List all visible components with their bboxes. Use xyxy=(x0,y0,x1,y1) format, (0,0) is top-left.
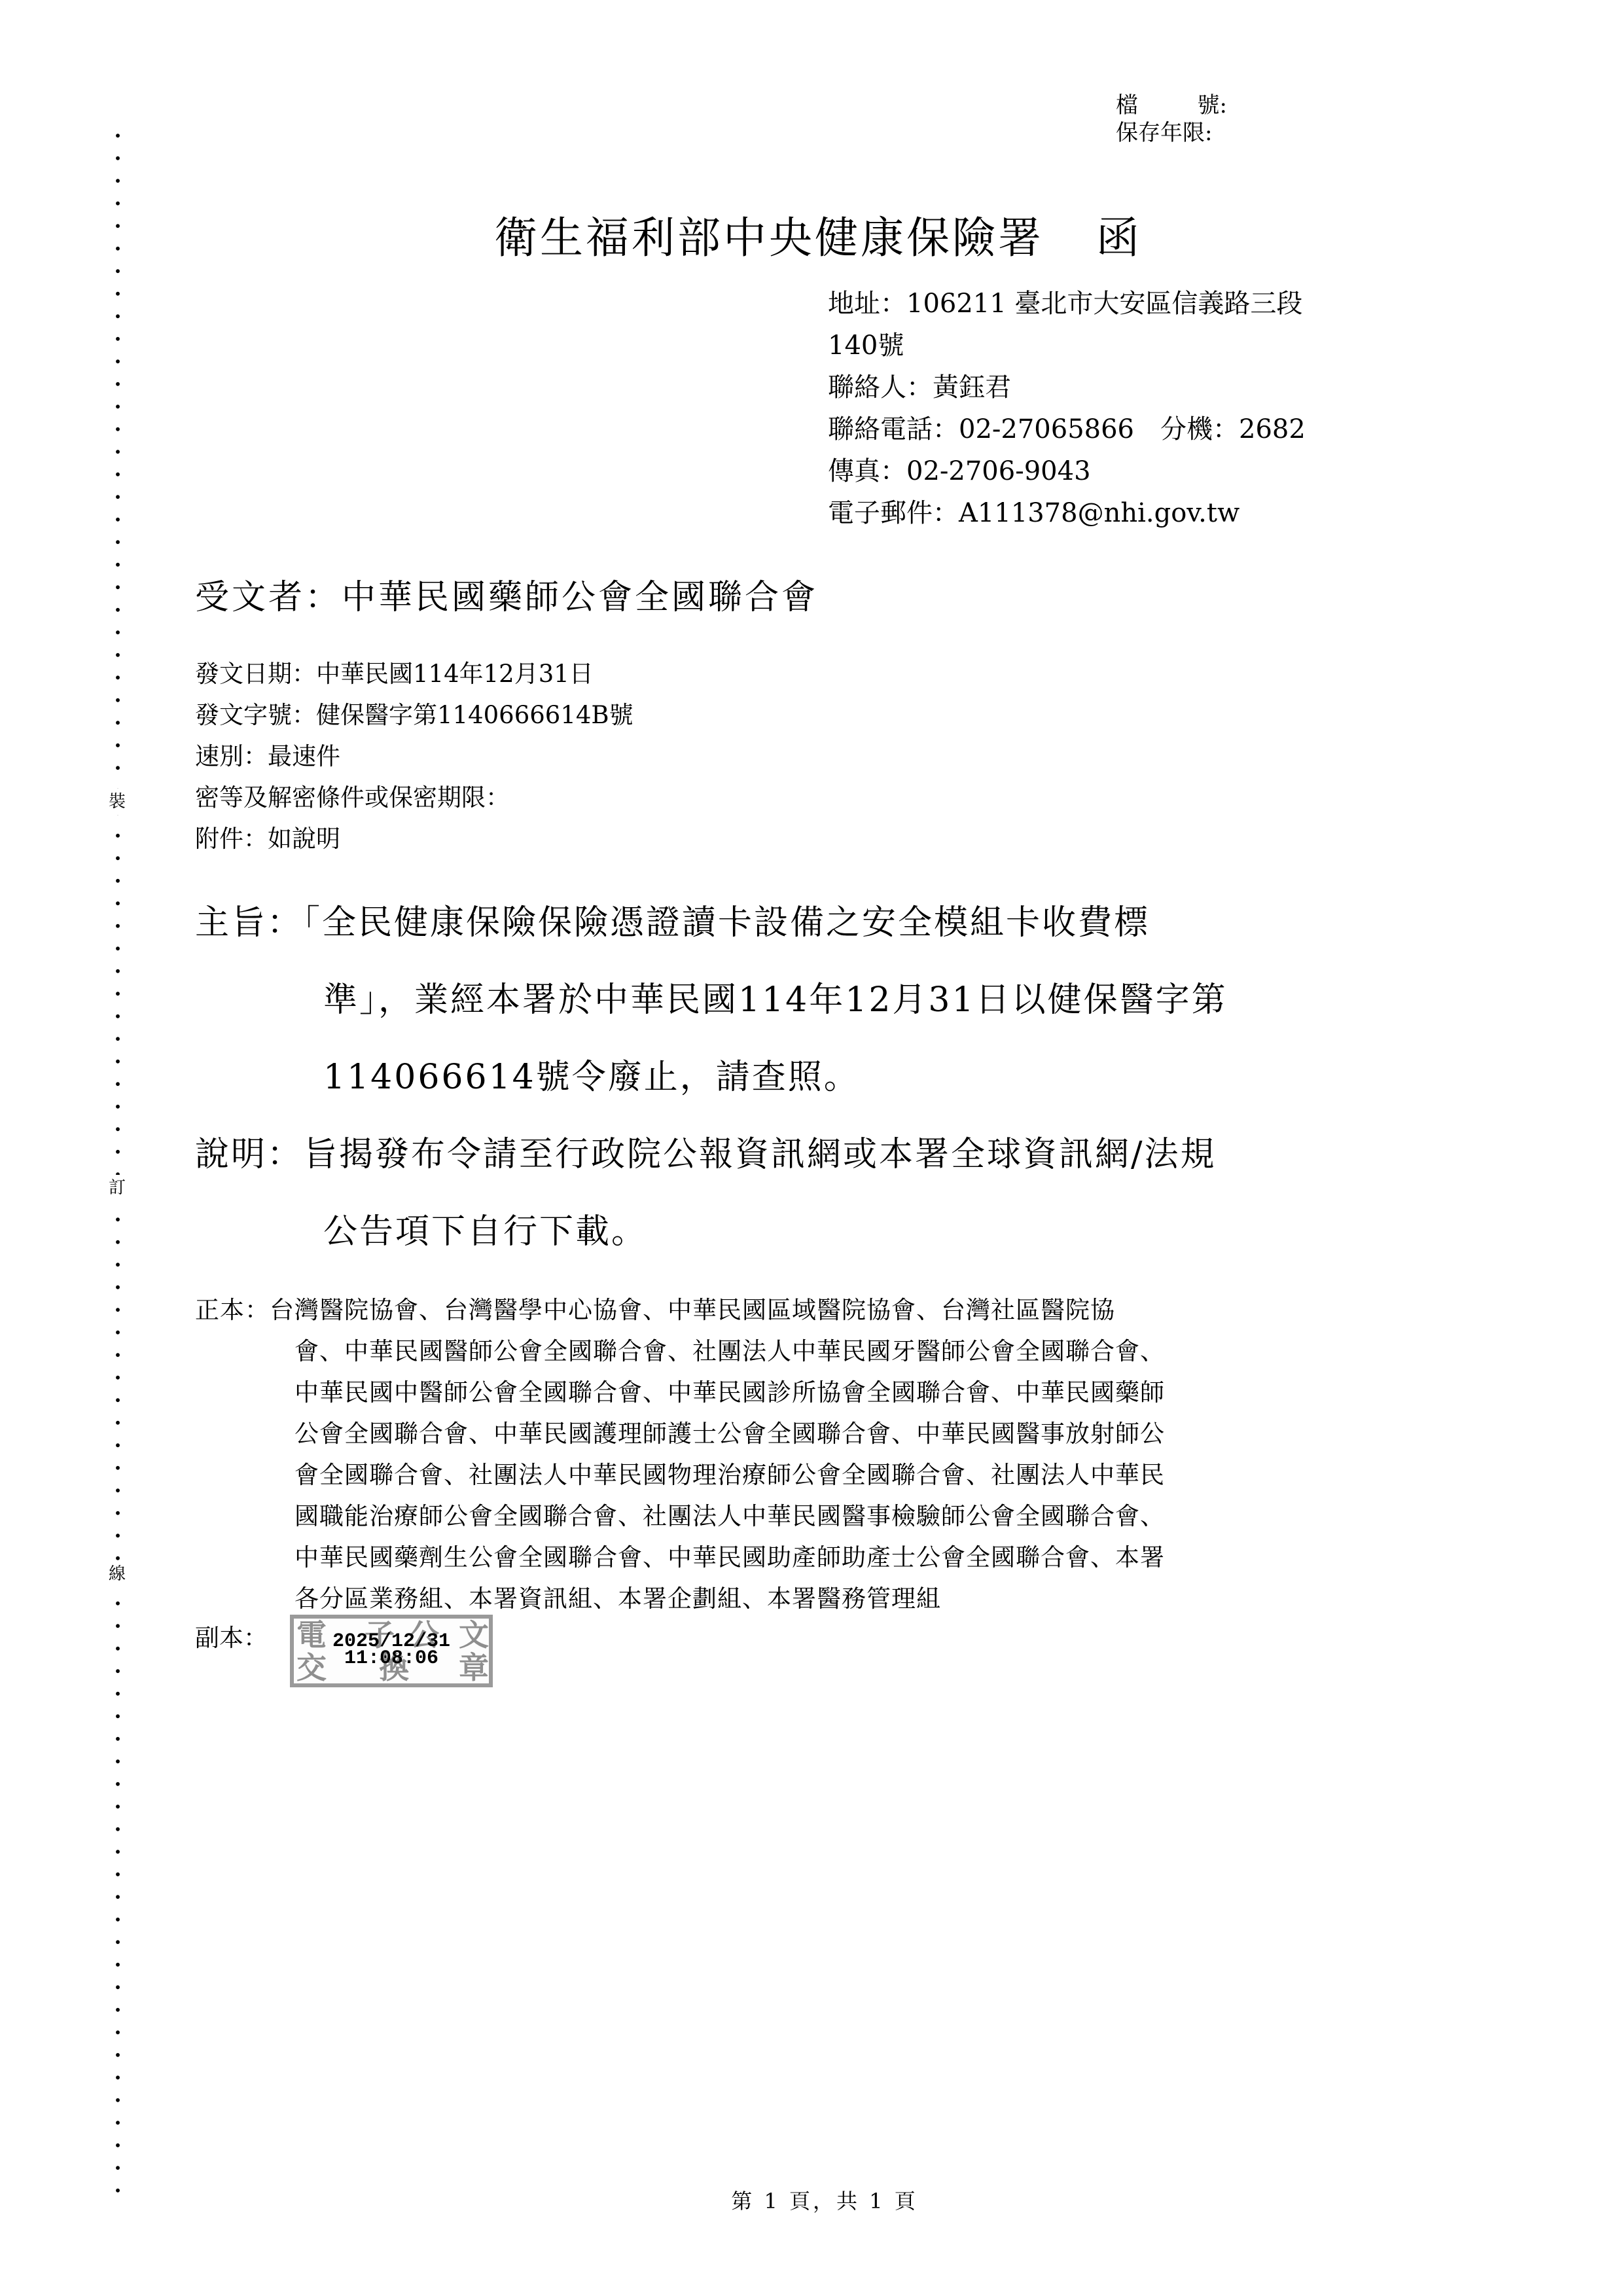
retention-row: 保存年限: xyxy=(1116,119,1227,147)
subject-line-1: 主旨：「全民健康保險保險憑證讀卡設備之安全模組卡收費標 xyxy=(195,897,1228,974)
address-line-1: 地址：106211 臺北市大安區信義路三段 xyxy=(828,283,1417,325)
binding-mark-ding: 訂 xyxy=(106,1175,128,1201)
original-line-2: 會、中華民國醫師公會全國聯合會、社團法人中華民國牙醫師公會全國聯合會、 xyxy=(195,1331,1165,1372)
subject-text-1: 「全民健康保險保險憑證讀卡設備之安全模組卡收費標 xyxy=(303,903,1150,942)
contact-fax: 傳真：02-2706-9043 xyxy=(828,450,1417,492)
binding-mark-zhuang: 裝 xyxy=(106,789,128,815)
contact-block: 地址：106211 臺北市大安區信義路三段 140號 聯絡人：黃鈺君 聯絡電話：… xyxy=(828,283,1417,534)
original-line-7: 中華民國藥劑生公會全國聯合會、中華民國助產師助產士公會全國聯合會、本署 xyxy=(195,1537,1165,1578)
distribution-original: 正本：台灣醫院協會、台灣醫學中心協會、中華民國區域醫院協會、台灣社區醫院協 會、… xyxy=(195,1289,1165,1619)
subject-label: 主旨： xyxy=(195,903,303,942)
e-document-exchange-stamp: 電 子 公 文 交 換 章 2025/12/31 11:08:06 xyxy=(290,1615,493,1687)
classification: 密等及解密條件或保密期限： xyxy=(195,777,633,818)
document-title: 衛生福利部中央健康保險署 函 xyxy=(0,203,1623,265)
binding-mark-xian: 線 xyxy=(106,1561,128,1587)
recipient-line: 受文者：中華民國藥師公會全國聯合會 xyxy=(195,569,818,619)
file-number-row: 檔 號: xyxy=(1116,92,1227,119)
file-number-label-right: 號: xyxy=(1198,92,1227,119)
agency-name: 衛生福利部中央健康保險署 xyxy=(494,213,1044,263)
original-line-6: 國職能治療師公會全國聯合會、社團法人中華民國醫事檢驗師公會全國聯合會、 xyxy=(195,1496,1165,1537)
page-number-footer: 第 1 頁，共 1 頁 xyxy=(0,2185,1623,2215)
retention-label: 保存年限: xyxy=(1116,119,1212,147)
explanation-section: 說明：旨揭發布令請至行政院公報資訊網或本署全球資訊網/法規 公告項下自行下載。 xyxy=(195,1128,1217,1283)
explanation-line-1: 說明：旨揭發布令請至行政院公報資訊網或本署全球資訊網/法規 xyxy=(195,1128,1217,1206)
contact-email[interactable]: 電子郵件：A111378@nhi.gov.tw xyxy=(828,492,1417,534)
recipient-label: 受文者： xyxy=(195,578,342,617)
document-type: 函 xyxy=(1096,213,1142,263)
subject-line-3: 114066614號令廢止，請查照。 xyxy=(195,1051,1228,1128)
copy-label: 副本： xyxy=(195,1618,268,1653)
original-line-4: 公會全國聯合會、中華民國護理師護士公會全國聯合會、中華民國醫事放射師公 xyxy=(195,1413,1165,1454)
file-number-label-left: 檔 xyxy=(1116,92,1138,119)
document-meta: 發文日期：中華民國114年12月31日 發文字號：健保醫字第1140666614… xyxy=(195,653,633,859)
file-number-label: 檔 號: xyxy=(1116,92,1227,119)
subject-section: 主旨：「全民健康保險保險憑證讀卡設備之安全模組卡收費標 準」，業經本署於中華民國… xyxy=(195,897,1228,1128)
original-line-1: 正本：台灣醫院協會、台灣醫學中心協會、中華民國區域醫院協會、台灣社區醫院協 xyxy=(195,1289,1165,1331)
issue-number: 發文字號：健保醫字第1140666614B號 xyxy=(195,694,633,736)
issue-date: 發文日期：中華民國114年12月31日 xyxy=(195,653,633,694)
subject-line-2: 準」，業經本署於中華民國114年12月31日以健保醫字第 xyxy=(195,974,1228,1051)
contact-person: 聯絡人：黃鈺君 xyxy=(828,367,1417,408)
binding-dotted-line xyxy=(111,124,124,2199)
explanation-label: 說明： xyxy=(195,1135,303,1174)
explanation-text-1: 旨揭發布令請至行政院公報資訊網或本署全球資訊網/法規 xyxy=(303,1135,1217,1174)
recipient-name: 中華民國藥師公會全國聯合會 xyxy=(342,578,818,617)
original-label: 正本： xyxy=(195,1296,270,1324)
original-line-3: 中華民國中醫師公會全國聯合會、中華民國診所協會全國聯合會、中華民國藥師 xyxy=(195,1372,1165,1413)
stamp-time: 11:08:06 xyxy=(294,1647,489,1670)
address-line-2: 140號 xyxy=(828,325,1417,367)
explanation-line-2: 公告項下自行下載。 xyxy=(195,1206,1217,1283)
contact-phone: 聯絡電話：02-27065866 分機：2682 xyxy=(828,408,1417,450)
original-text-1: 台灣醫院協會、台灣醫學中心協會、中華民國區域醫院協會、台灣社區醫院協 xyxy=(270,1296,1115,1324)
original-line-8: 各分區業務組、本署資訊組、本署企劃組、本署醫務管理組 xyxy=(195,1578,1165,1619)
speed-class: 速別：最速件 xyxy=(195,736,633,777)
file-meta: 檔 號: 保存年限: xyxy=(1116,92,1227,147)
attachment: 附件：如說明 xyxy=(195,818,633,859)
original-line-5: 會全國聯合會、社團法人中華民國物理治療師公會全國聯合會、社團法人中華民 xyxy=(195,1454,1165,1496)
